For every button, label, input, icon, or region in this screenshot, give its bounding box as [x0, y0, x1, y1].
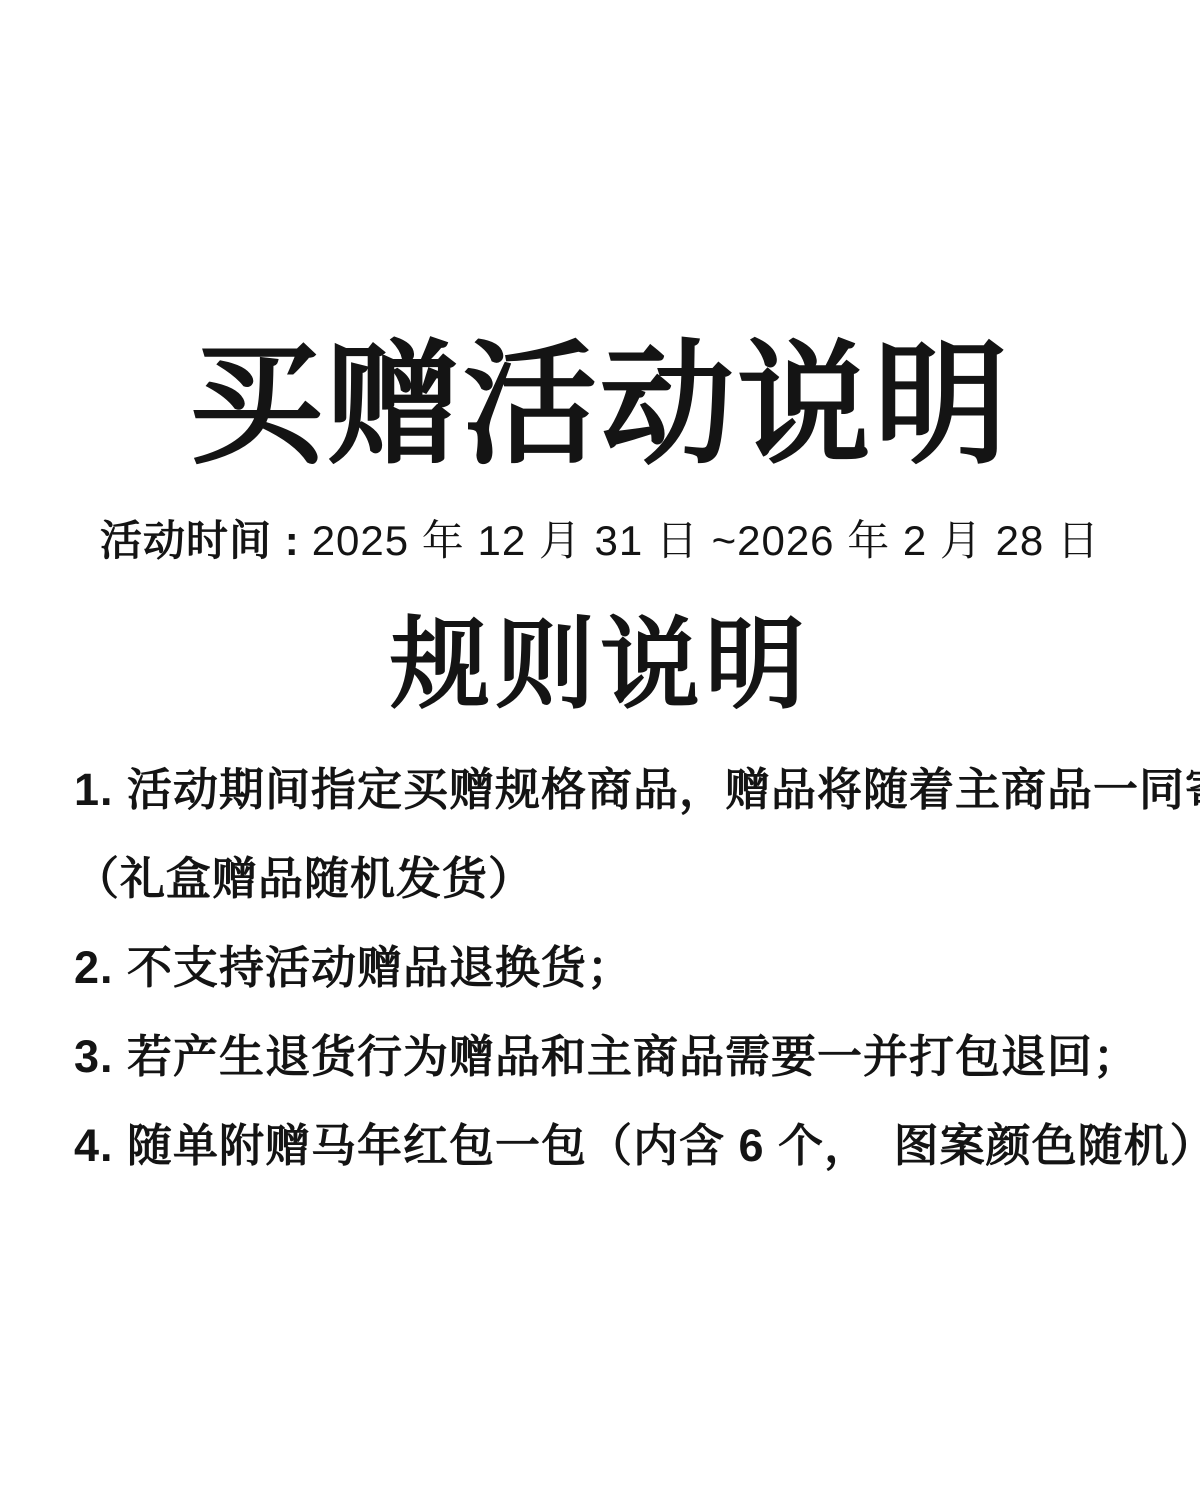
- event-time-label: 活动时间 :: [100, 517, 300, 564]
- rule-line-3: 3. 若产生退货行为赠品和主商品需要一并打包退回；: [74, 1034, 1128, 1079]
- page-title: 买赠活动说明: [0, 332, 1200, 479]
- event-time: 活动时间 :2025 年 12 月 31 日 ~2026 年 2 月 28 日: [0, 515, 1200, 568]
- rules-list: 1. 活动期间指定买赠规格商品，赠品将随着主商品一同寄出； （礼盒赠品随机发货）…: [0, 767, 1200, 1168]
- rule-line-1: 1. 活动期间指定买赠规格商品，赠品将随着主商品一同寄出；: [74, 767, 1128, 812]
- rule-line-4: 4. 随单附赠马年红包一包（内含 6 个， 图案颜色随机）: [74, 1123, 1128, 1168]
- event-time-value: 2025 年 12 月 31 日 ~2026 年 2 月 28 日: [312, 517, 1100, 564]
- rule-line-1-continued: （礼盒赠品随机发货）: [74, 856, 1128, 901]
- section-title: 规则说明: [0, 608, 1200, 723]
- promo-notice-poster: 买赠活动说明 活动时间 :2025 年 12 月 31 日 ~2026 年 2 …: [0, 0, 1200, 1500]
- rule-line-2: 2. 不支持活动赠品退换货；: [74, 945, 1128, 990]
